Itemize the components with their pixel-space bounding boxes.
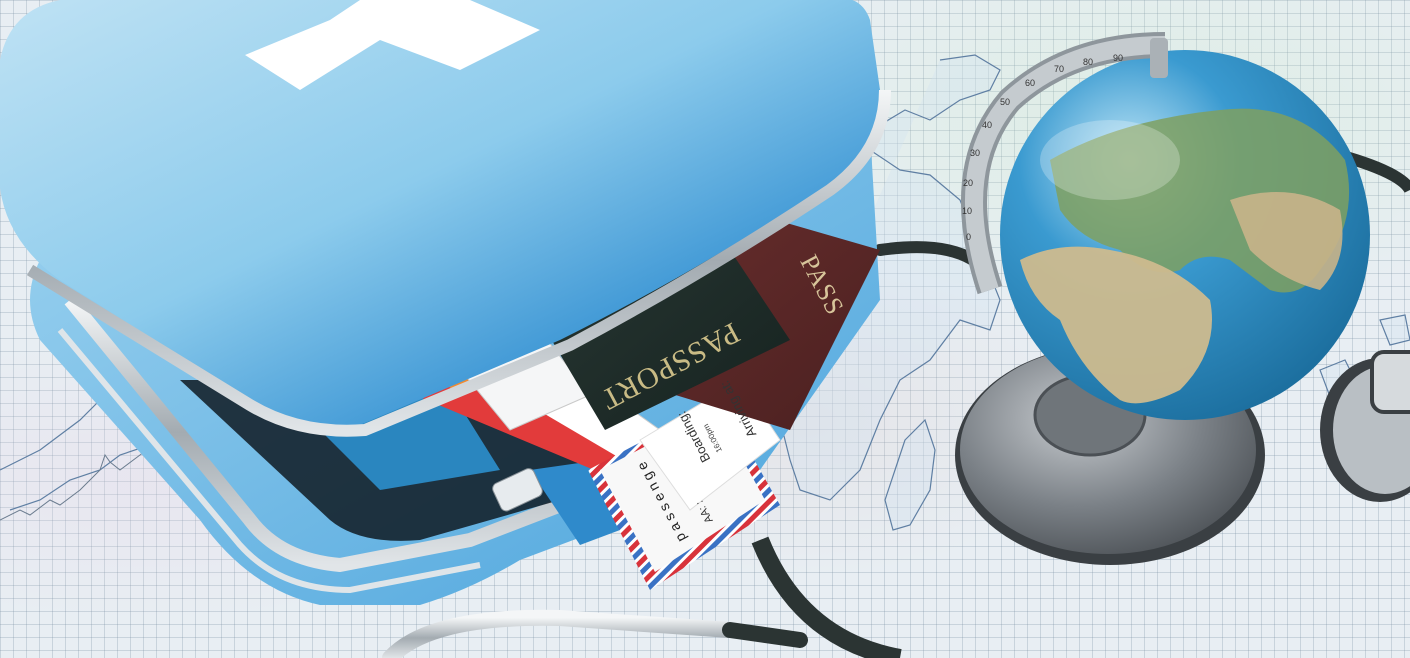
- meridian-scale-0: 0: [966, 232, 971, 242]
- meridian-scale-70: 70: [1054, 64, 1064, 74]
- globe: [1000, 50, 1370, 420]
- stethoscope-metal-tube: [390, 618, 730, 658]
- meridian-scale-80: 80: [1083, 57, 1093, 67]
- meridian-scale-90: 90: [1113, 53, 1123, 63]
- meridian-scale-10: 10: [962, 206, 972, 216]
- meridian-scale-60: 60: [1025, 78, 1035, 88]
- meridian-scale-30: 30: [970, 148, 980, 158]
- meridian-scale-50: 50: [1000, 97, 1010, 107]
- photo-scene: 90 80 70 60 50 40 30 20 10 0 PASSPORT PA…: [0, 0, 1410, 658]
- meridian-scale-20: 20: [963, 178, 973, 188]
- meridian-scale-40: 40: [982, 120, 992, 130]
